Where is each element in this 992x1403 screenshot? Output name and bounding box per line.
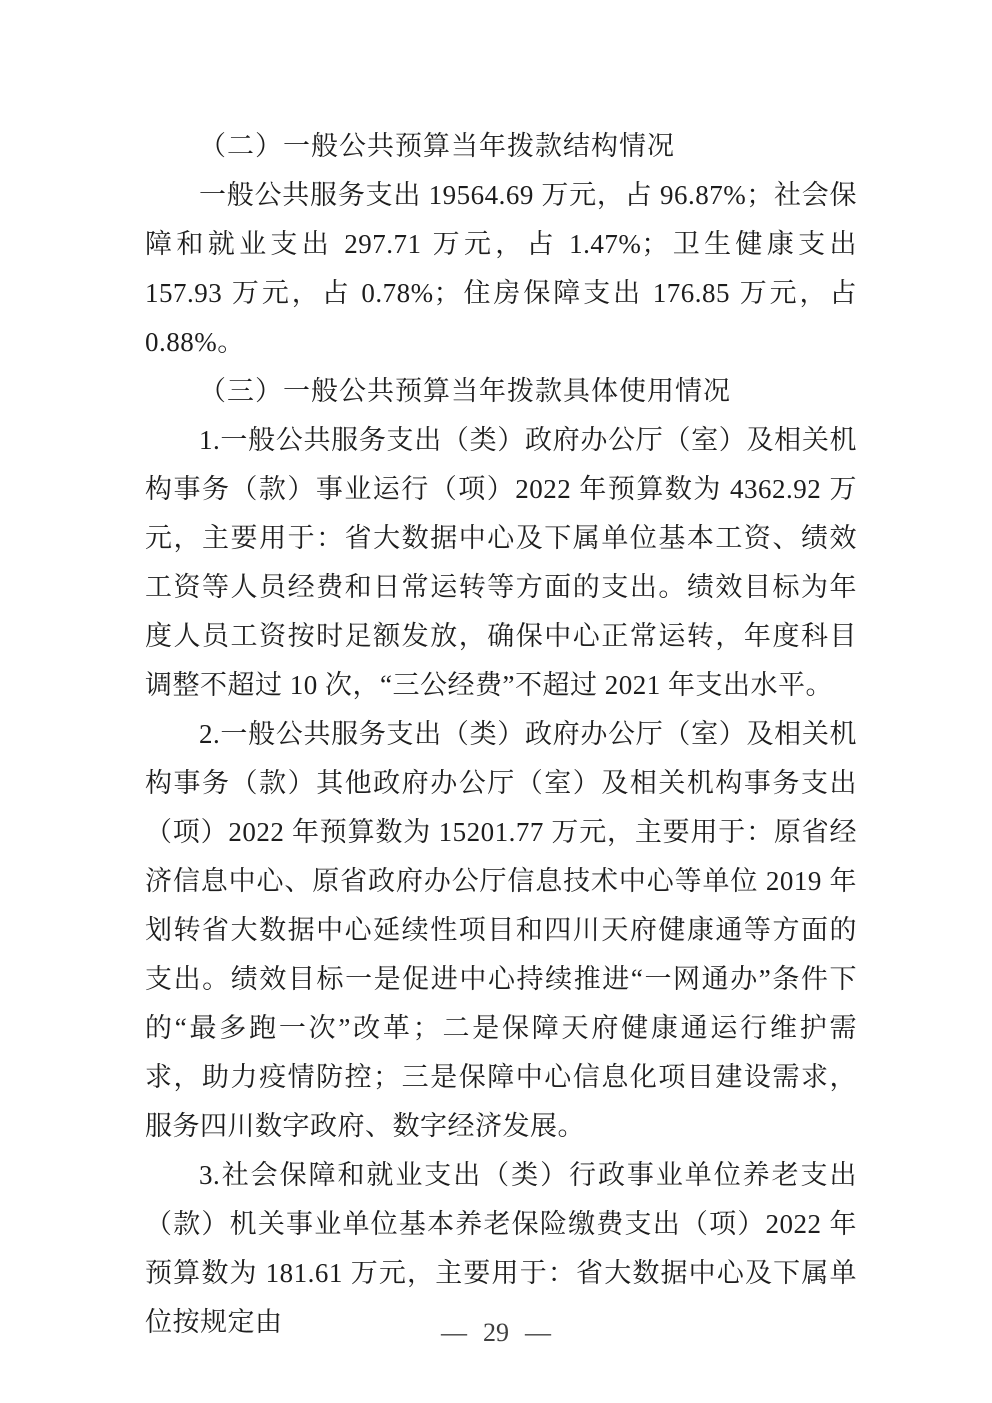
page-footer: —29— [0, 1318, 992, 1348]
paragraph-item-2: 2.一般公共服务支出（类）政府办公厅（室）及相关机构事务（款）其他政府办公厅（室… [145, 710, 857, 1151]
footer-dash-right: — [525, 1318, 551, 1348]
heading-budget-usage: （三）一般公共预算当年拨款具体使用情况 [145, 367, 857, 416]
footer-dash-left: — [441, 1318, 467, 1348]
page-number: 29 [483, 1318, 509, 1348]
heading-budget-structure: （二）一般公共预算当年拨款结构情况 [145, 122, 857, 171]
paragraph-structure-overview: 一般公共服务支出 19564.69 万元，占 96.87%；社会保障和就业支出 … [145, 171, 857, 367]
paragraph-item-1: 1.一般公共服务支出（类）政府办公厅（室）及相关机构事务（款）事业运行（项）20… [145, 416, 857, 710]
document-page: （二）一般公共预算当年拨款结构情况 一般公共服务支出 19564.69 万元，占… [0, 0, 992, 1403]
document-body: （二）一般公共预算当年拨款结构情况 一般公共服务支出 19564.69 万元，占… [145, 122, 857, 1347]
